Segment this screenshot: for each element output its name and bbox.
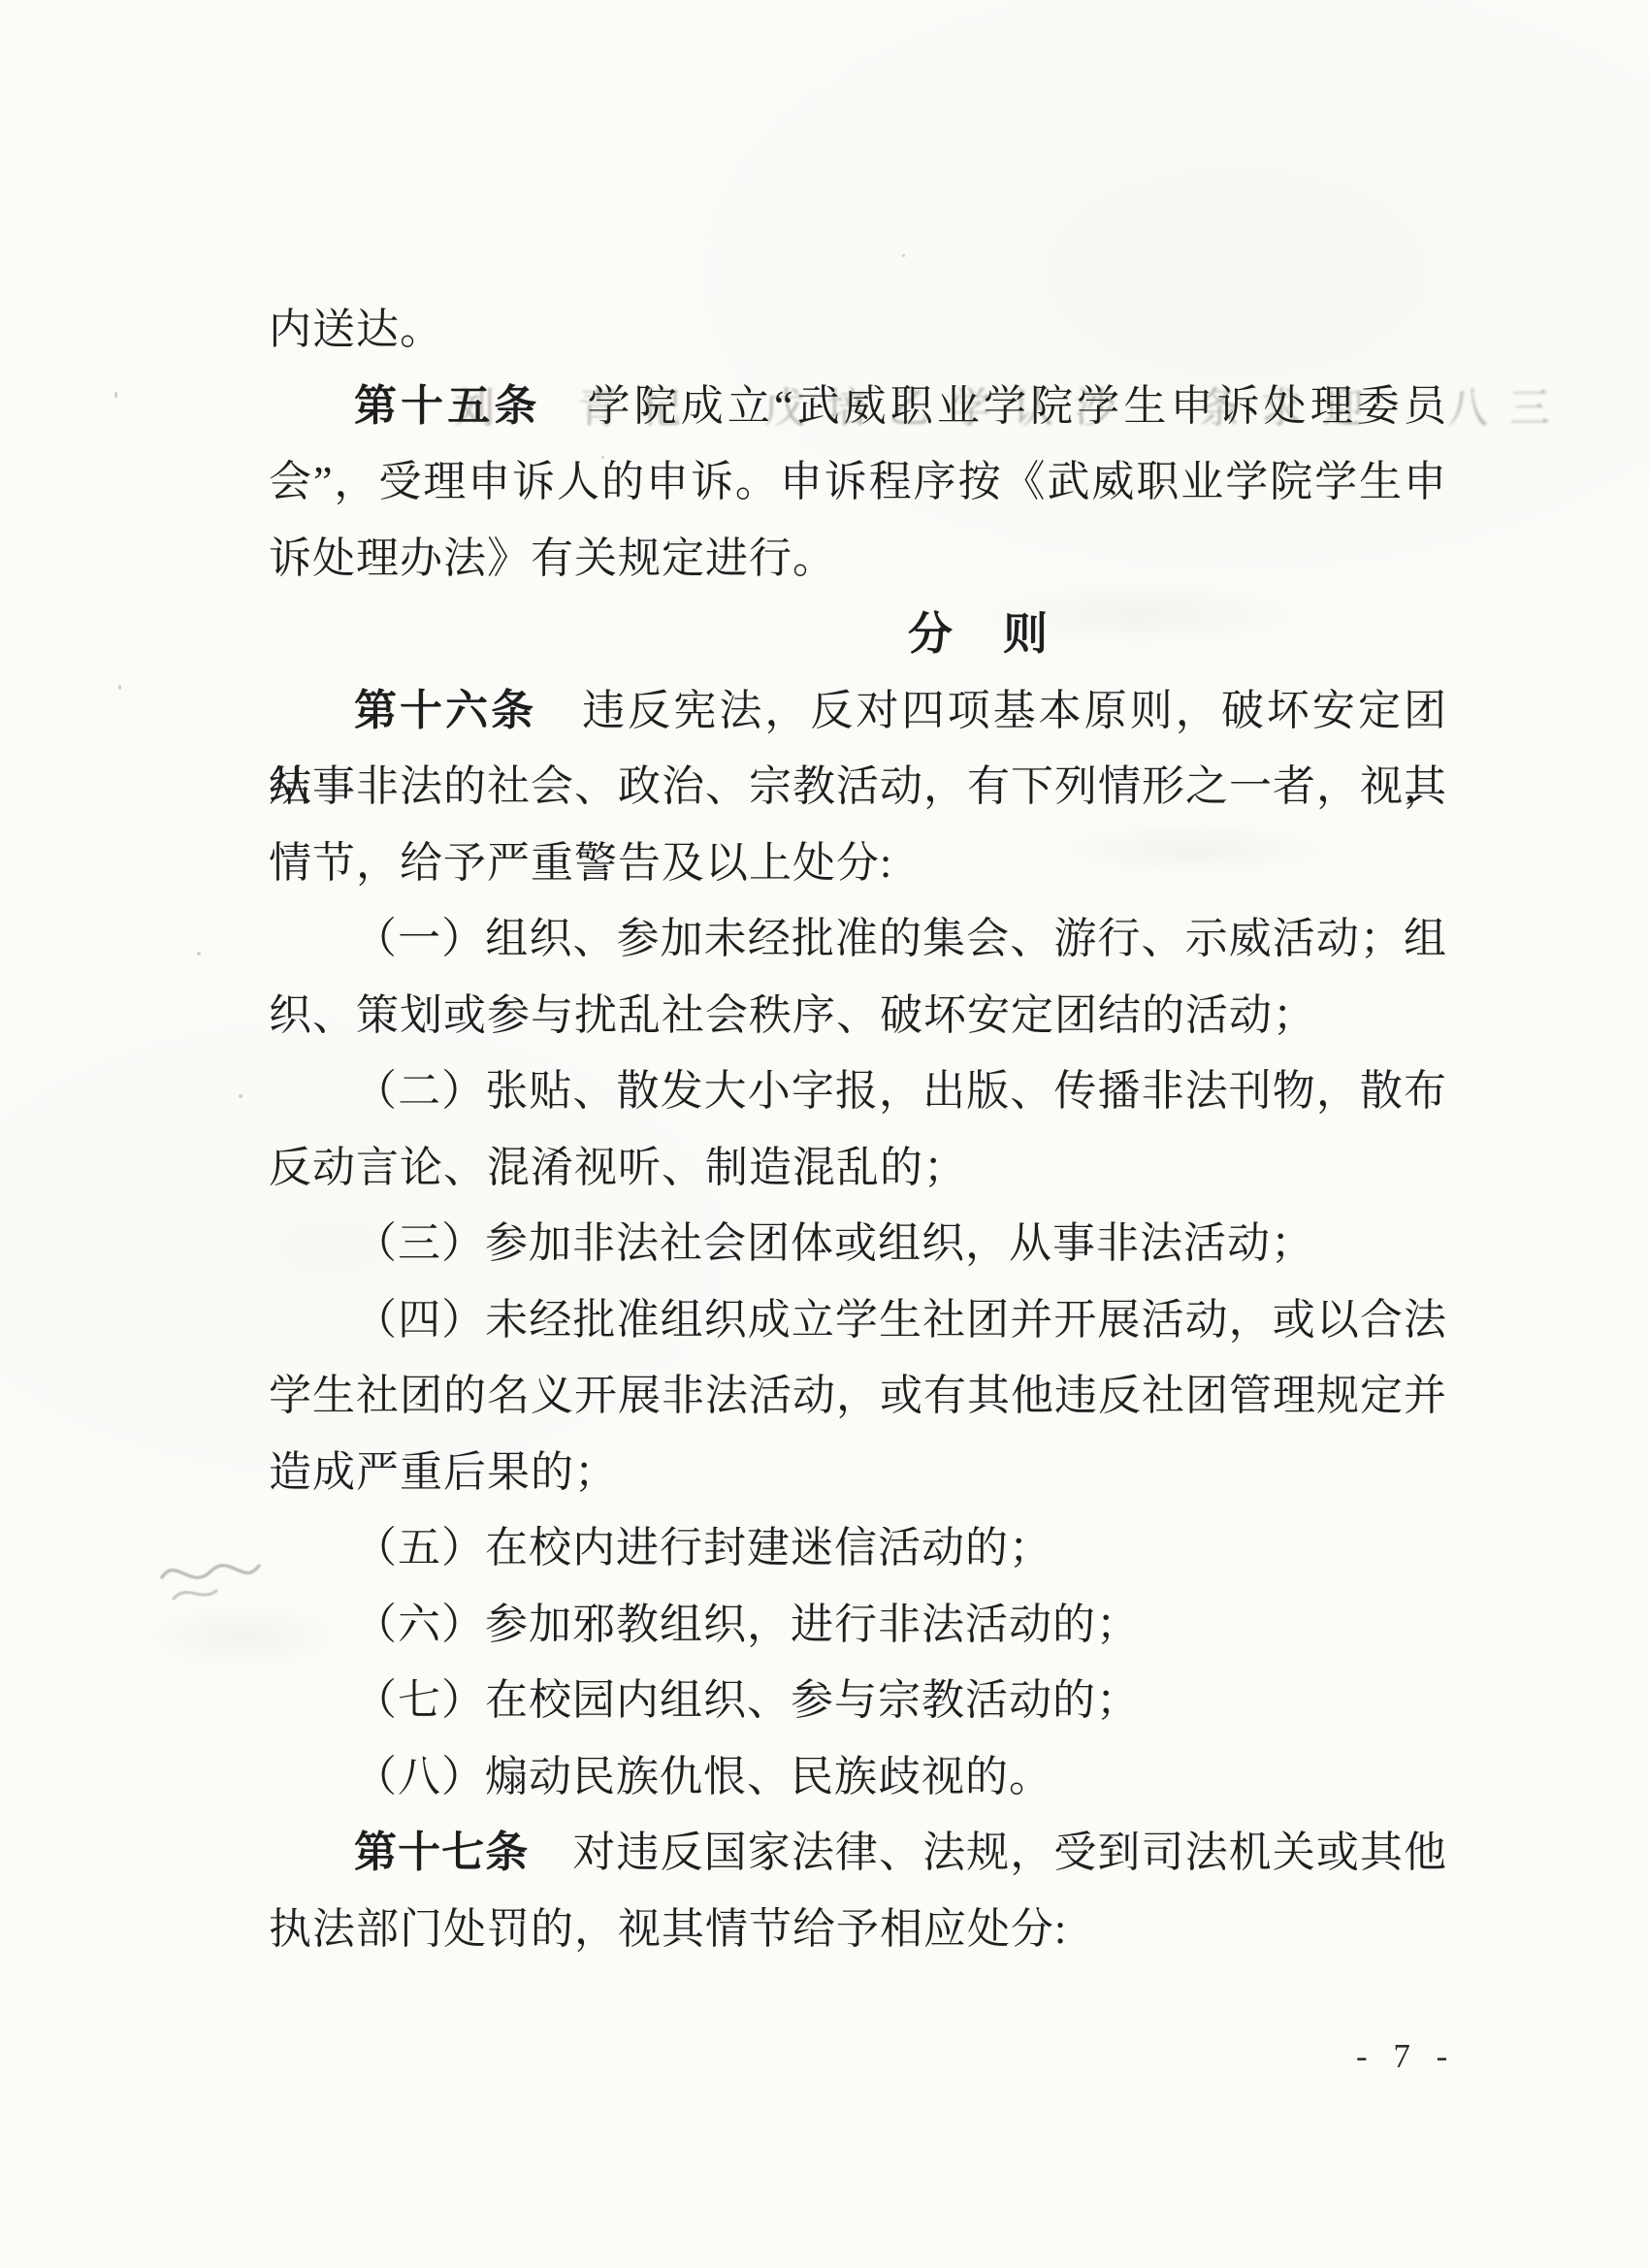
text-line: 内送达。 <box>269 292 1447 369</box>
article-number: 第十五条 <box>354 382 540 430</box>
scan-speck <box>197 952 201 956</box>
article-number: 第十六条 <box>354 687 536 734</box>
text-line: 反动言论、混淆视听、制造混乱的； <box>269 1130 1447 1207</box>
document-page: 刘 青杞 戊培乙学认沙 条求迎 八三 内送达。 第十五条 学院成立“武威职业学院… <box>0 0 1649 2268</box>
text-line: 诉处理办法》有关规定进行。 <box>269 521 1447 598</box>
text-line: 第十六条 违反宪法，反对四项基本原则，破坏安定团结， <box>269 673 1447 750</box>
text-line: （六）参加邪教组织，进行非法活动的； <box>269 1587 1447 1664</box>
body-text: 内送达。 第十五条 学院成立“武威职业学院学生申诉处理委员 会”，受理申诉人的申… <box>269 292 1447 1967</box>
line-text: 学院成立“武威职业学院学生申诉处理委员 <box>540 382 1447 430</box>
section-heading: 分 则 <box>269 597 1447 673</box>
text-line: 情节，给予严重警告及以上处分: <box>269 826 1447 902</box>
text-line: （二）张贴、散发大小字报，出版、传播非法刊物，散布 <box>269 1053 1447 1130</box>
text-line: （五）在校内进行封建迷信活动的； <box>269 1510 1447 1587</box>
article-number: 第十七条 <box>354 1829 529 1876</box>
text-line: （七）在校园内组织、参与宗教活动的； <box>269 1663 1447 1739</box>
text-line: （八）煽动民族仇恨、民族歧视的。 <box>269 1739 1447 1816</box>
text-line: 学生社团的名义开展非法活动，或有其他违反社团管理规定并 <box>269 1358 1447 1435</box>
text-line: 执法部门处罚的，视其情节给予相应处分: <box>269 1892 1447 1968</box>
text-line: 第十五条 学院成立“武威职业学院学生申诉处理委员 <box>269 369 1447 445</box>
text-line: 造成严重后果的； <box>269 1435 1447 1511</box>
pencil-mark-artifact <box>158 1548 265 1612</box>
text-line: 从事非法的社会、政治、宗教活动，有下列情形之一者，视其 <box>269 749 1447 826</box>
page-number: - 7 - <box>1356 2037 1456 2076</box>
line-text: 对违反国家法律、法规，受到司法机关或其他 <box>529 1829 1447 1876</box>
scan-speck <box>239 1094 242 1098</box>
text-line: 织、策划或参与扰乱社会秩序、破坏安定团结的活动； <box>269 978 1447 1054</box>
text-line: 会”，受理申诉人的申诉。申诉程序按《武威职业学院学生申 <box>269 444 1447 521</box>
text-line: （四）未经批准组织成立学生社团并开展活动，或以合法 <box>269 1282 1447 1359</box>
scan-speck <box>118 685 121 690</box>
text-line: （一）组织、参加未经批准的集会、游行、示威活动；组 <box>269 901 1447 978</box>
text-line: （三）参加非法社会团体或组织，从事非法活动； <box>269 1206 1447 1282</box>
scan-speck <box>114 392 117 398</box>
text-line: 第十七条 对违反国家法律、法规，受到司法机关或其他 <box>269 1815 1447 1892</box>
scan-speck <box>902 254 905 257</box>
